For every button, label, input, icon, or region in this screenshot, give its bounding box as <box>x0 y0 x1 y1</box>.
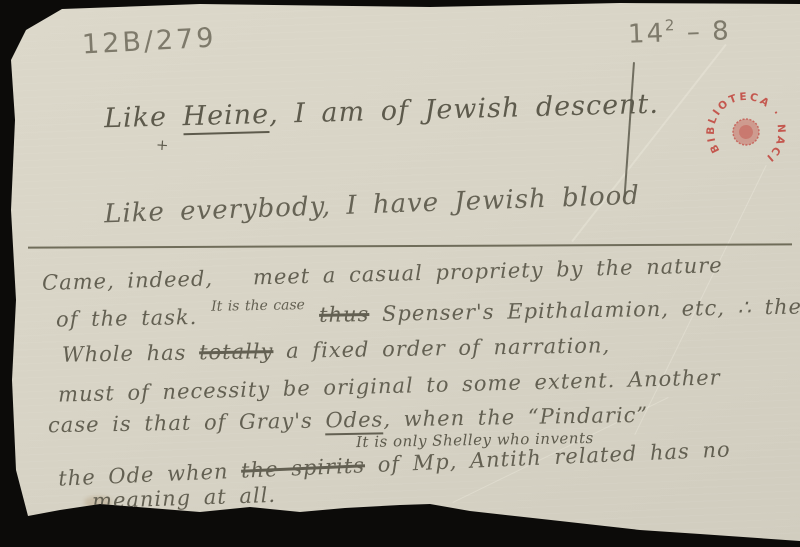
body-line-5-post: , when the “Pindaric” <box>383 403 648 432</box>
body-line-3-pre: Whole has <box>62 340 199 366</box>
struck-word: thus <box>319 302 370 327</box>
ink-divider-line <box>28 243 792 248</box>
body-line-2-post: Spenser's Epithalamion, etc, ∴ the <box>382 294 800 325</box>
body-line-3: Whole has totally a fixed order of narra… <box>62 333 611 367</box>
heading-line-1: Like Heine, I am of Jewish descent. <box>104 89 660 135</box>
underlined-name: Heine <box>182 99 269 135</box>
underlined-word: Odes <box>325 407 383 435</box>
body-line-4: must of necessity be original to some ex… <box>58 365 721 406</box>
plus-mark: + <box>155 136 169 155</box>
heading-line-1-post: , I am of Jewish descent. <box>269 89 660 130</box>
body-line-5-pre: case is that of Gray's <box>48 408 326 437</box>
heading-line-2: Like everybody, I have Jewish blood <box>104 181 641 230</box>
struck-word: totally <box>199 339 274 364</box>
body-line-1: Came, indeed,meet a casual propriety by … <box>42 253 723 295</box>
heading-line-1-pre: Like <box>104 101 183 134</box>
torn-paper-sheet: 12B/279 142 – 8 BIBLIOTECA · NACIONAL Li… <box>0 0 800 547</box>
manuscript-scan: 12B/279 142 – 8 BIBLIOTECA · NACIONAL Li… <box>0 0 800 547</box>
struck-phrase: the spirits <box>241 453 366 482</box>
body-line-7: meaning at all. <box>92 483 277 513</box>
folio-base: 14 <box>628 19 666 50</box>
pen-gap <box>213 284 253 285</box>
folio-rest: – 8 <box>686 16 731 48</box>
body-line-1b: meet a casual propriety by the nature <box>253 253 723 289</box>
folio-number: 142 – 8 <box>628 16 732 50</box>
interlinear-insertion-1: It is the case <box>211 297 305 315</box>
folio-exponent: 2 <box>665 16 677 34</box>
body-line-3-post: a fixed order of narration, <box>273 333 610 363</box>
body-line-1a: Came, indeed, <box>42 266 214 294</box>
ink-bracket-stroke <box>624 62 635 198</box>
body-line-2-pre: of the task. <box>56 305 198 331</box>
catalog-number: 12B/279 <box>81 23 217 61</box>
biblioteca-nacional-stamp: BIBLIOTECA · NACIONAL <box>695 81 796 182</box>
